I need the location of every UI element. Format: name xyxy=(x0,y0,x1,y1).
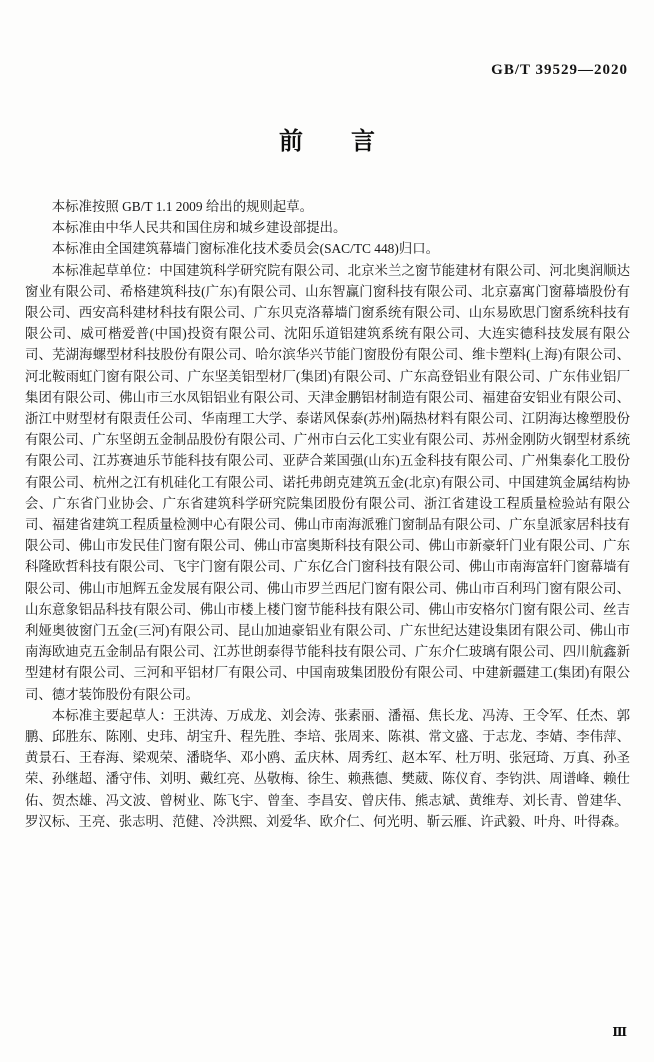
page-number: Ⅲ xyxy=(612,1025,627,1040)
paragraph-proposed-by: 本标准由中华人民共和国住房和城乡建设部提出。 xyxy=(25,217,630,238)
standard-code: GB/T 39529—2020 xyxy=(491,62,628,79)
paragraph-centralized-by: 本标准由全国建筑幕墙门窗标准化技术委员会(SAC/TC 448)归口。 xyxy=(25,238,630,259)
foreword-body: 本标准按照 GB/T 1.1 2009 给出的规则起草。 本标准由中华人民共和国… xyxy=(25,196,630,832)
paragraph-main-drafters: 本标准主要起草人：王洪涛、万成龙、刘会涛、张素丽、潘福、焦长龙、冯涛、王令军、任… xyxy=(25,705,630,832)
document-page: GB/T 39529—2020 前 言 本标准按照 GB/T 1.1 2009 … xyxy=(0,0,654,1062)
page-title: 前 言 xyxy=(0,121,654,156)
paragraph-rule-basis: 本标准按照 GB/T 1.1 2009 给出的规则起草。 xyxy=(25,196,630,217)
paragraph-drafting-organizations: 本标准起草单位：中国建筑科学研究院有限公司、北京米兰之窗节能建材有限公司、河北奥… xyxy=(25,260,630,705)
